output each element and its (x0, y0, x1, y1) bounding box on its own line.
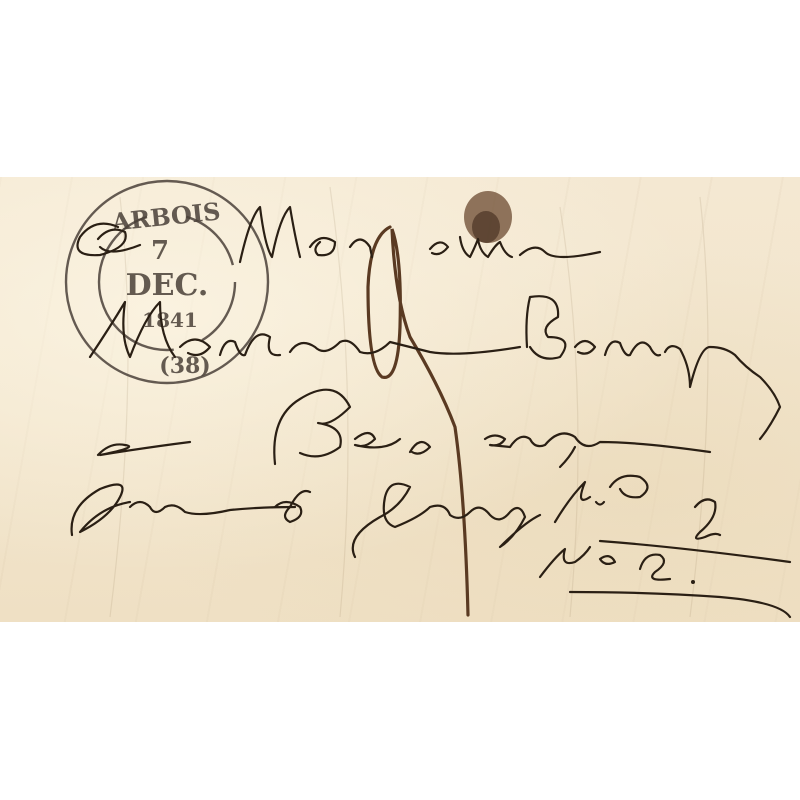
postmark-town: ARBOIS (110, 196, 222, 236)
letter-paper: ARBOIS 7 DEC. 1841 (38) (0, 177, 800, 622)
postmark-stamp: ARBOIS 7 DEC. 1841 (38) (66, 181, 268, 383)
tax-mark-9 (368, 227, 468, 615)
postmark-year: 1841 (142, 308, 198, 332)
address-line-4 (72, 476, 790, 562)
postmark-day: 7 (151, 236, 169, 266)
address-line-3 (98, 390, 710, 467)
postmark-department: (38) (159, 353, 210, 379)
letter-artwork: ARBOIS 7 DEC. 1841 (38) (0, 177, 800, 622)
postmark-month: DEC. (126, 268, 209, 303)
